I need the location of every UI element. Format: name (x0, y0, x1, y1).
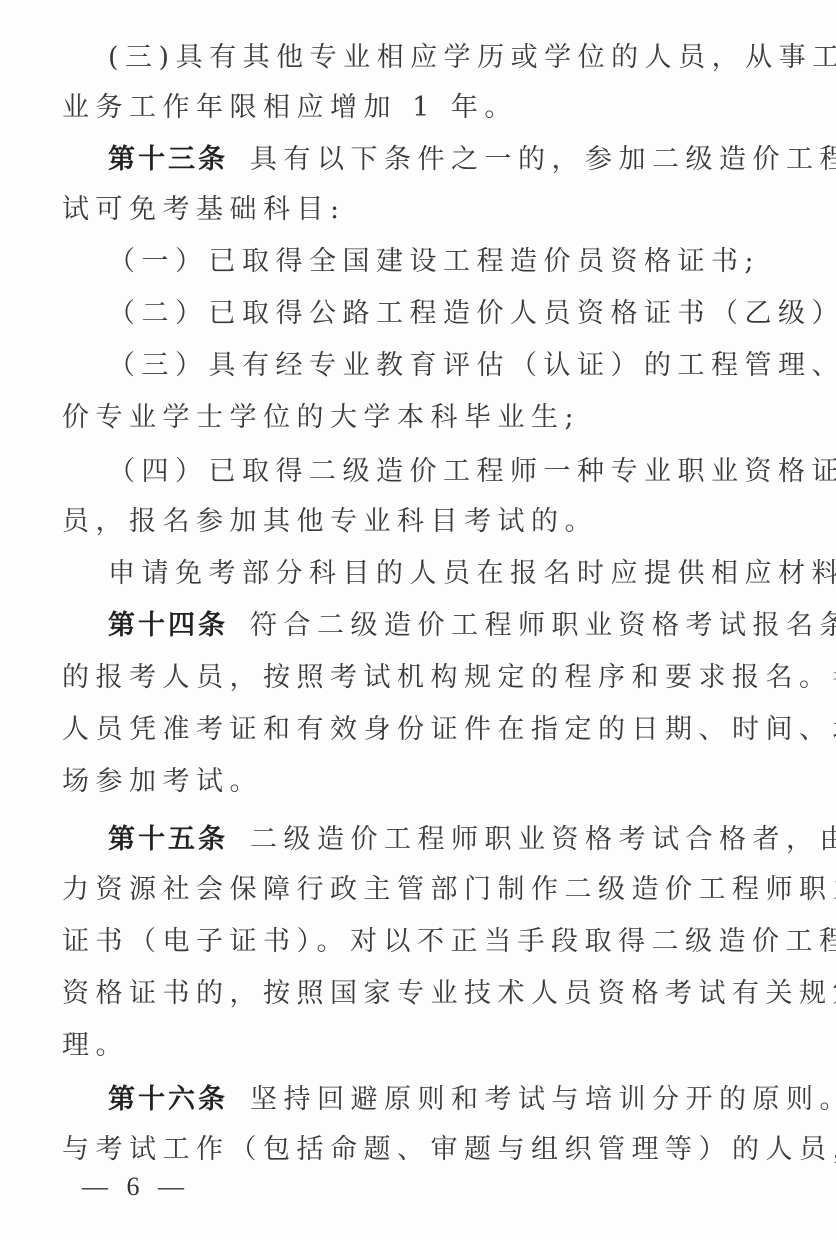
text-line: 证书（电子证书）。对以不正当手段取得二级造价工程师职业 (62, 922, 766, 962)
text-line: 与考试工作（包括命题、审题与组织管理等）的人员，不得参 (62, 1130, 766, 1170)
text-line: 试可免考基础科目: (62, 190, 766, 230)
text-line: 场参加考试。 (62, 762, 766, 802)
text-line: 的报考人员，按照考试机构规定的程序和要求报名。参加考试 (62, 658, 766, 698)
line-text: 试可免考基础科目: (62, 194, 346, 225)
line-text: （四）已取得二级造价工程师一种专业职业资格证书的人 (108, 456, 836, 487)
text-line: 资格证书的，按照国家专业技术人员资格考试有关规定进行处 (62, 974, 766, 1014)
article-heading: 第十三条 (108, 144, 228, 175)
line-text: 场参加考试。 (62, 766, 263, 797)
text-line: 理。 (62, 1026, 766, 1066)
article-13-line: 第十三条具有以下条件之一的，参加二级造价工程师考 (108, 140, 766, 180)
line-text: 力资源社会保障行政主管部门制作二级造价工程师职业资格 (62, 874, 836, 905)
line-text: 具有以下条件之一的，参加二级造价工程师考 (250, 144, 836, 175)
list-item: （三）具有经专业教育评估（认证）的工程管理、工程造 (108, 346, 766, 386)
line-text: (三)具有其他专业相应学历或学位的人员，从事工程造价 (108, 42, 836, 73)
list-item: （四）已取得二级造价工程师一种专业职业资格证书的人 (108, 452, 766, 492)
line-text: 资格证书的，按照国家专业技术人员资格考试有关规定进行处 (62, 978, 836, 1009)
line-text: 证书（电子证书）。对以不正当手段取得二级造价工程师职业 (62, 926, 836, 957)
line-text: （三）具有经专业教育评估（认证）的工程管理、工程造 (108, 350, 836, 381)
text-line: 业务工作年限相应增加 1 年。 (62, 88, 766, 128)
line-text: 坚持回避原则和考试与培训分开的原则。凡参 (250, 1084, 836, 1115)
article-16-line: 第十六条坚持回避原则和考试与培训分开的原则。凡参 (108, 1080, 766, 1120)
text-line: 力资源社会保障行政主管部门制作二级造价工程师职业资格 (62, 870, 766, 910)
list-item: （二）已取得公路工程造价人员资格证书（乙级）; (108, 294, 766, 334)
article-heading: 第十六条 (108, 1084, 228, 1115)
text-line: 价专业学士学位的大学本科毕业生; (62, 398, 766, 438)
line-text: 业务工作年限相应增加 1 年。 (62, 92, 518, 123)
line-text: 的报考人员，按照考试机构规定的程序和要求报名。参加考试 (62, 662, 836, 693)
line-text: 价专业学士学位的大学本科毕业生; (62, 402, 580, 433)
text-line: (三)具有其他专业相应学历或学位的人员，从事工程造价 (108, 38, 766, 78)
article-14-line: 第十四条符合二级造价工程师职业资格考试报名条件 (108, 606, 766, 646)
text-line: 申请免考部分科目的人员在报名时应提供相应材料。 (108, 554, 766, 594)
article-15-line: 第十五条二级造价工程师职业资格考试合格者，由市人 (108, 820, 766, 860)
line-text: 与考试工作（包括命题、审题与组织管理等）的人员，不得参 (62, 1134, 836, 1165)
line-text: 二级造价工程师职业资格考试合格者，由市人 (250, 824, 836, 855)
line-text: 理。 (62, 1030, 129, 1061)
line-text: 申请免考部分科目的人员在报名时应提供相应材料。 (108, 558, 836, 589)
line-text: 员，报名参加其他专业科目考试的。 (62, 506, 598, 537)
line-text: 人员凭准考证和有效身份证件在指定的日期、时间、地点和考 (62, 714, 836, 745)
page-number: — 6 — (82, 1172, 190, 1202)
line-text: （二）已取得公路工程造价人员资格证书（乙级）; (108, 298, 836, 329)
list-item: （一）已取得全国建设工程造价员资格证书; (108, 242, 766, 282)
text-line: 人员凭准考证和有效身份证件在指定的日期、时间、地点和考 (62, 710, 766, 750)
article-heading: 第十四条 (108, 610, 228, 641)
document-page: (三)具有其他专业相应学历或学位的人员，从事工程造价 业务工作年限相应增加 1 … (0, 0, 836, 1241)
text-line: 员，报名参加其他专业科目考试的。 (62, 502, 766, 542)
line-text: 符合二级造价工程师职业资格考试报名条件 (250, 610, 836, 641)
article-heading: 第十五条 (108, 824, 228, 855)
line-text: （一）已取得全国建设工程造价员资格证书; (108, 246, 760, 277)
